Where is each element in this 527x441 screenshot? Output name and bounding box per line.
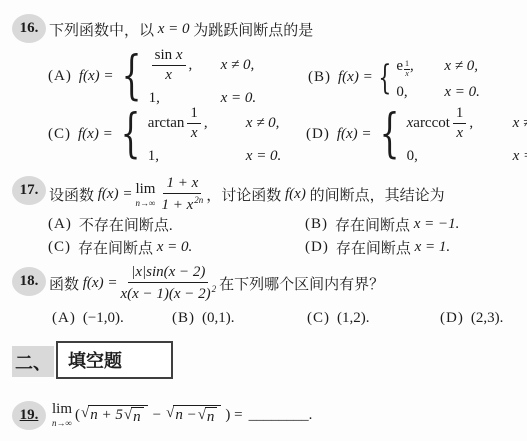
q18-option-b-text: (0,1). bbox=[202, 310, 235, 327]
q17-option-b: (B) 存在间断点 x = −1. bbox=[305, 214, 459, 235]
lim-label: lim bbox=[135, 182, 155, 197]
comma: , bbox=[189, 57, 193, 74]
lim-subscript: n→∞ bbox=[136, 199, 156, 208]
q17-option-c: (C) 存在间断点 x = 0. bbox=[48, 237, 192, 258]
arccot-label: arccot bbox=[413, 115, 450, 132]
question-17-number: 17. bbox=[20, 182, 39, 199]
q18-frac-num: |x|sin(x − 2) bbox=[128, 264, 208, 283]
question-19-stem: lim n→∞ ( √ n + 5√n − √ n −√n ) = ______… bbox=[49, 402, 312, 428]
q16-option-c-label: (C) bbox=[48, 126, 71, 143]
q17-pre: 设函数 bbox=[49, 184, 94, 205]
q17-option-b-math: x = −1. bbox=[414, 216, 460, 233]
q16-option-b: (B) f(x) = { e1x , x ≠ 0, 0, x = 0. bbox=[308, 55, 480, 101]
q18-option-c: (C) (1,2). bbox=[307, 310, 370, 327]
e-base: e bbox=[396, 58, 403, 75]
question-16-number: 16. bbox=[20, 20, 39, 37]
q16-d-val2: 0, bbox=[407, 148, 418, 165]
q18-option-d-label: (D) bbox=[440, 310, 464, 327]
q17-option-b-label: (B) bbox=[305, 216, 328, 233]
left-brace: { bbox=[121, 52, 141, 101]
left-brace: { bbox=[120, 110, 140, 159]
q19-sqrt2-inner: n bbox=[205, 407, 218, 426]
num-1: 1 bbox=[187, 105, 201, 124]
q16-option-c: (C) f(x) = { arctan 1 x , x ≠ 0, 1, x = … bbox=[48, 105, 281, 165]
q19-sqrt1-inner: n bbox=[131, 407, 144, 426]
q19-sqrt2-pre: n − bbox=[175, 407, 196, 423]
q18-frac-den-exp: 2 bbox=[212, 284, 217, 294]
period: . bbox=[309, 407, 313, 424]
den-x: x bbox=[165, 66, 172, 84]
answer-blank: ________ bbox=[249, 407, 309, 424]
section-2-prefix-text: 二、 bbox=[15, 349, 51, 375]
q17-option-c-math: x = 0. bbox=[157, 239, 193, 256]
q18-option-b: (B) (0,1). bbox=[172, 310, 235, 327]
exam-page: 16. 下列函数中，以 x = 0 为跳跃间断点的是 (A) f(x) = { … bbox=[0, 0, 527, 441]
q18-post: 在下列哪个区间内有界？ bbox=[219, 273, 384, 294]
sin-label: sin bbox=[155, 47, 176, 63]
question-18-stem: 函数 f(x) = |x|sin(x − 2) x(x − 1)(x − 2)2… bbox=[49, 264, 384, 304]
question-19-number: 19. bbox=[20, 407, 39, 424]
q18-frac-den: x(x − 1)(x − 2) bbox=[120, 286, 210, 302]
var-x: x bbox=[407, 115, 414, 132]
var-x: x bbox=[176, 47, 183, 63]
q16-d-cond1: x ≠ 0, bbox=[513, 115, 527, 132]
q16-a-cond2: x = 0. bbox=[221, 90, 257, 107]
question-18-number: 18. bbox=[20, 273, 39, 290]
q18-option-a: (A) (−1,0). bbox=[52, 310, 124, 327]
section-2-title: 填空题 bbox=[68, 347, 122, 373]
q16-option-a: (A) f(x) = { sin x x , x ≠ 0, 1, x = 0. bbox=[48, 47, 256, 107]
q17-option-a-text: 不存在间断点. bbox=[79, 214, 173, 235]
q18-option-a-label: (A) bbox=[52, 310, 76, 327]
q17-option-c-label: (C) bbox=[48, 239, 71, 256]
q16-c-val2: 1, bbox=[148, 148, 159, 165]
outer-sqrt-2: √ n −√n bbox=[166, 405, 221, 426]
q18-option-d-text: (2,3). bbox=[471, 310, 504, 327]
q17-fx: f(x) = bbox=[98, 186, 133, 203]
q17-frac-den: 1 + x bbox=[161, 197, 193, 213]
question-17-stem: 设函数 f(x) = lim n→∞ 1 + x 1 + x2n ，讨论函数 f… bbox=[49, 175, 445, 215]
question-17-number-badge: 17. bbox=[12, 176, 46, 205]
q17-option-d-text: 存在间断点 bbox=[336, 237, 411, 258]
section-2-title-box: 填空题 bbox=[56, 341, 173, 379]
inner-sqrt-2: √n bbox=[198, 407, 218, 426]
q17-post: 的间断点，其结论为 bbox=[310, 184, 445, 205]
num-1: 1 bbox=[453, 105, 467, 124]
minus-sign: − bbox=[153, 407, 161, 424]
q16-option-b-label: (B) bbox=[308, 69, 331, 86]
exp-den: x bbox=[405, 70, 409, 79]
comma: , bbox=[204, 115, 208, 132]
q16-b-val2: 0, bbox=[396, 84, 407, 101]
q16-option-a-fx: f(x) = bbox=[79, 68, 114, 85]
q18-option-d: (D) (2,3). bbox=[440, 310, 503, 327]
question-16-title: 下列函数中，以 x = 0 为跳跃间断点的是 bbox=[49, 19, 313, 40]
q18-pre: 函数 bbox=[49, 273, 79, 294]
outer-sqrt-1: √ n + 5√n bbox=[81, 405, 148, 426]
q16-title-post: 为跳跃间断点的是 bbox=[193, 19, 313, 40]
q16-c-cond1: x ≠ 0, bbox=[246, 115, 280, 132]
q18-option-c-text: (1,2). bbox=[337, 310, 370, 327]
q17-option-c-text: 存在间断点 bbox=[78, 237, 153, 258]
q17-option-b-text: 存在间断点 bbox=[335, 214, 410, 235]
question-18-number-badge: 18. bbox=[12, 267, 46, 296]
lim-label: lim bbox=[52, 402, 72, 417]
q18-option-b-label: (B) bbox=[172, 310, 195, 327]
q17-option-a-label: (A) bbox=[48, 216, 72, 233]
q17-fx2: f(x) bbox=[285, 186, 306, 203]
q17-mid: ，讨论函数 bbox=[206, 184, 281, 205]
q19-sqrt1-pre: n + 5 bbox=[90, 407, 123, 423]
section-2-prefix: 二、 bbox=[12, 346, 54, 377]
q16-option-c-fx: f(x) = bbox=[78, 126, 113, 143]
q16-a-cond1: x ≠ 0, bbox=[221, 57, 255, 74]
q16-title-math: x = 0 bbox=[158, 21, 190, 38]
den-x: x bbox=[191, 124, 198, 142]
arctan-label: arctan bbox=[148, 115, 185, 132]
q18-option-a-text: (−1,0). bbox=[83, 310, 124, 327]
left-brace: { bbox=[379, 110, 399, 159]
q16-option-d-fx: f(x) = bbox=[337, 126, 372, 143]
question-19-number-badge: 19. bbox=[12, 401, 46, 430]
open-paren: ( bbox=[75, 407, 80, 424]
q16-b-cond1: x ≠ 0, bbox=[444, 58, 478, 75]
q16-d-cond2: x = 0. bbox=[513, 148, 527, 165]
inner-sqrt-1: √n bbox=[124, 407, 144, 426]
comma: , bbox=[469, 115, 473, 132]
q16-title-pre: 下列函数中，以 bbox=[49, 19, 154, 40]
q17-option-d: (D) 存在间断点 x = 1. bbox=[305, 237, 450, 258]
q18-fx: f(x) = bbox=[83, 275, 118, 292]
q16-option-d: (D) f(x) = { xarccot 1 x , x ≠ 0, 0, x =… bbox=[306, 105, 527, 165]
q17-frac-den-exp: 2n bbox=[194, 195, 203, 205]
q16-b-cond2: x = 0. bbox=[444, 84, 480, 101]
q17-frac-num: 1 + x bbox=[163, 175, 201, 194]
question-16-number-badge: 16. bbox=[12, 14, 46, 43]
q16-option-a-label: (A) bbox=[48, 68, 72, 85]
q18-option-c-label: (C) bbox=[307, 310, 330, 327]
q16-a-val2: 1, bbox=[149, 90, 160, 107]
q16-c-cond2: x = 0. bbox=[246, 148, 282, 165]
q17-option-d-math: x = 1. bbox=[415, 239, 451, 256]
lim-subscript: n→∞ bbox=[52, 419, 72, 428]
comma: , bbox=[410, 58, 414, 75]
q16-option-d-label: (D) bbox=[306, 126, 330, 143]
left-brace: { bbox=[378, 62, 391, 94]
q17-option-d-label: (D) bbox=[305, 239, 329, 256]
den-x: x bbox=[456, 124, 463, 142]
close-paren-equals: ) = bbox=[225, 407, 242, 424]
q17-option-a: (A) 不存在间断点. bbox=[48, 214, 173, 235]
q16-option-b-fx: f(x) = bbox=[338, 69, 373, 86]
